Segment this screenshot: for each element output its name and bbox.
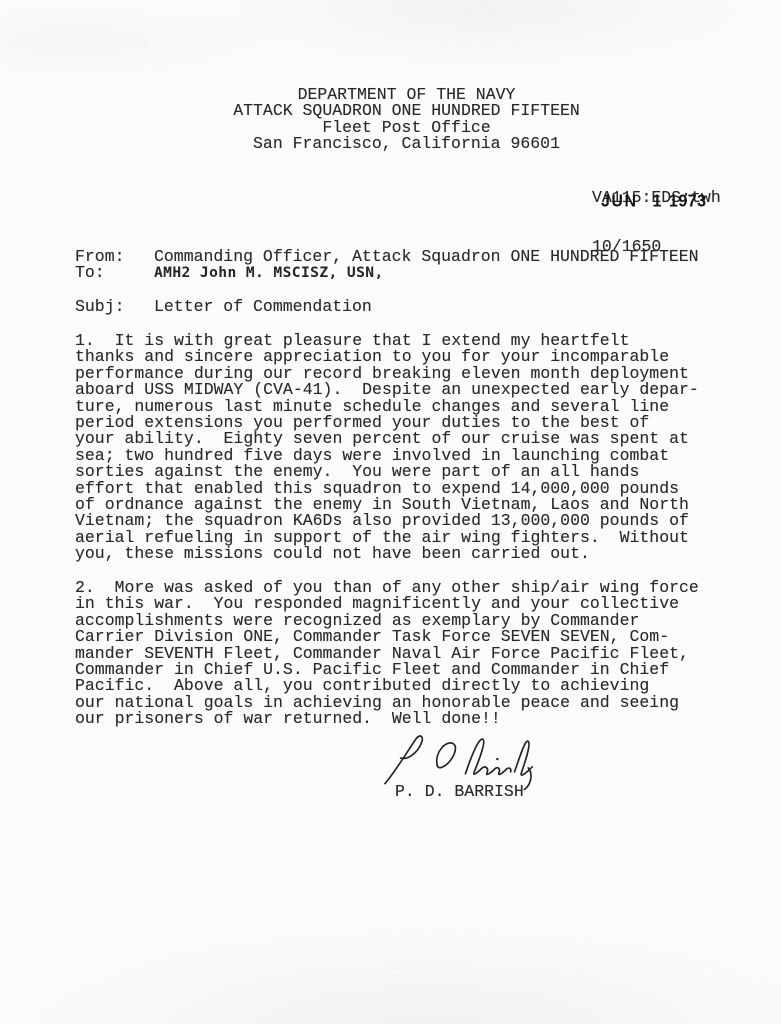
letterhead: DEPARTMENT OF THE NAVY ATTACK SQUADRON O… [32, 87, 781, 153]
from-line: From: Commanding Officer, Attack Squadro… [75, 249, 699, 265]
date-stamp-year: 1973 [669, 192, 707, 210]
subject-line: Subj: Letter of Commendation [75, 299, 372, 315]
date-stamp-day: 1 [653, 192, 663, 210]
to-label: To: [75, 265, 154, 281]
to-value: AMH2 John M. MSCISZ, USN, [154, 265, 384, 281]
address-block: From: Commanding Officer, Attack Squadro… [75, 249, 699, 282]
subject-label: Subj: [75, 299, 154, 315]
typed-signature-name: P. D. BARRISH [395, 784, 524, 800]
subject-value: Letter of Commendation [154, 299, 372, 315]
body-paragraph-1: 1. It is with great pleasure that I exte… [75, 333, 699, 563]
date-stamp: JUN11973 [601, 192, 707, 211]
scanned-letter-page: DEPARTMENT OF THE NAVY ATTACK SQUADRON O… [0, 0, 781, 1024]
to-line: To: AMH2 John M. MSCISZ, USN, [75, 265, 699, 281]
body-paragraph-2: 2. More was asked of you than of any oth… [75, 580, 699, 728]
from-value: Commanding Officer, Attack Squadron ONE … [154, 249, 699, 265]
date-stamp-month: JUN [601, 192, 638, 210]
